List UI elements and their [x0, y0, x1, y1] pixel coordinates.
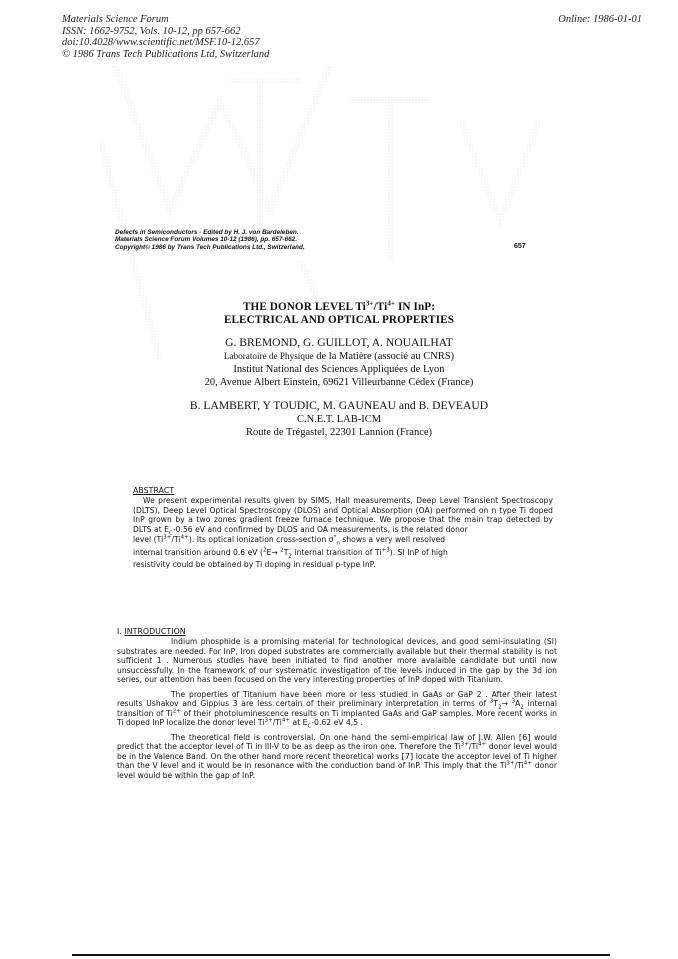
- footer-rule: [72, 954, 610, 956]
- affiliation-line: Institut National des Sciences Appliquée…: [0, 363, 678, 376]
- imprint-line-2: Materials Science Forum Volumes 10-12 (1…: [115, 236, 533, 243]
- introduction-heading: I. INTRODUCTION: [117, 626, 557, 637]
- journal-metadata: Materials Science Forum ISSN: 1662-9752,…: [62, 14, 269, 60]
- author-names: G. BREMOND, G. GUILLOT, A. NOUAILHAT: [0, 336, 678, 350]
- imprint-line-1: Defects in Semiconductors - Edited by H.…: [115, 229, 533, 236]
- affiliation-line: C.N.E.T. LAB-ICM: [0, 413, 678, 426]
- issn-line: ISSN: 1662-9752, Vols. 10-12, pp 657-662: [62, 26, 269, 38]
- imprint-line-3: Copyright© 1986 by Trans Tech Publicatio…: [115, 244, 533, 251]
- affiliation-line: Laboratoire de Physique de la Matière (a…: [0, 350, 678, 363]
- author-group-1: G. BREMOND, G. GUILLOT, A. NOUAILHAT Lab…: [0, 336, 678, 389]
- intro-paragraph-2: The properties of Titanium have been mor…: [117, 690, 557, 728]
- abstract-section: ABSTRACT We present experimental results…: [133, 485, 553, 572]
- copyright-line: © 1986 Trans Tech Publications Ltd, Swit…: [62, 49, 269, 61]
- citation-7[interactable]: [7]: [401, 751, 413, 761]
- author-names: B. LAMBERT, Y TOUDIC, M. GAUNEAU and B. …: [0, 399, 678, 413]
- journal-name: Materials Science Forum: [62, 14, 269, 26]
- paper-title: THE DONOR LEVEL Ti3+/Ti4+ IN InP: ELECTR…: [0, 301, 678, 327]
- introduction-section: I. INTRODUCTION Indium phosphide is a pr…: [117, 626, 557, 785]
- intro-paragraph-3: The theoretical field is controversial. …: [117, 733, 557, 781]
- title-line-2: ELECTRICAL AND OPTICAL PROPERTIES: [0, 314, 678, 327]
- intro-paragraph-1: Indium phosphide is a promising material…: [117, 637, 557, 685]
- doi-line[interactable]: doi:10.4028/www.scientific.net/MSF.10-12…: [62, 37, 269, 49]
- citation-6[interactable]: [6]: [519, 732, 531, 742]
- page-number: 657: [514, 243, 526, 250]
- affiliation-address: 20, Avenue Albert Einstein, 69621 Villeu…: [0, 376, 678, 389]
- affiliation-address: Route de Trégastel, 22301 Lannion (Franc…: [0, 426, 678, 439]
- abstract-paragraph: We present experimental results given by…: [133, 496, 553, 572]
- book-imprint: Defects in Semiconductors - Edited by H.…: [115, 229, 533, 251]
- online-date: Online: 1986-01-01: [558, 14, 642, 26]
- abstract-heading: ABSTRACT: [133, 485, 553, 496]
- title-line-1: THE DONOR LEVEL Ti3+/Ti4+ IN InP:: [0, 301, 678, 314]
- author-group-2: B. LAMBERT, Y TOUDIC, M. GAUNEAU and B. …: [0, 399, 678, 439]
